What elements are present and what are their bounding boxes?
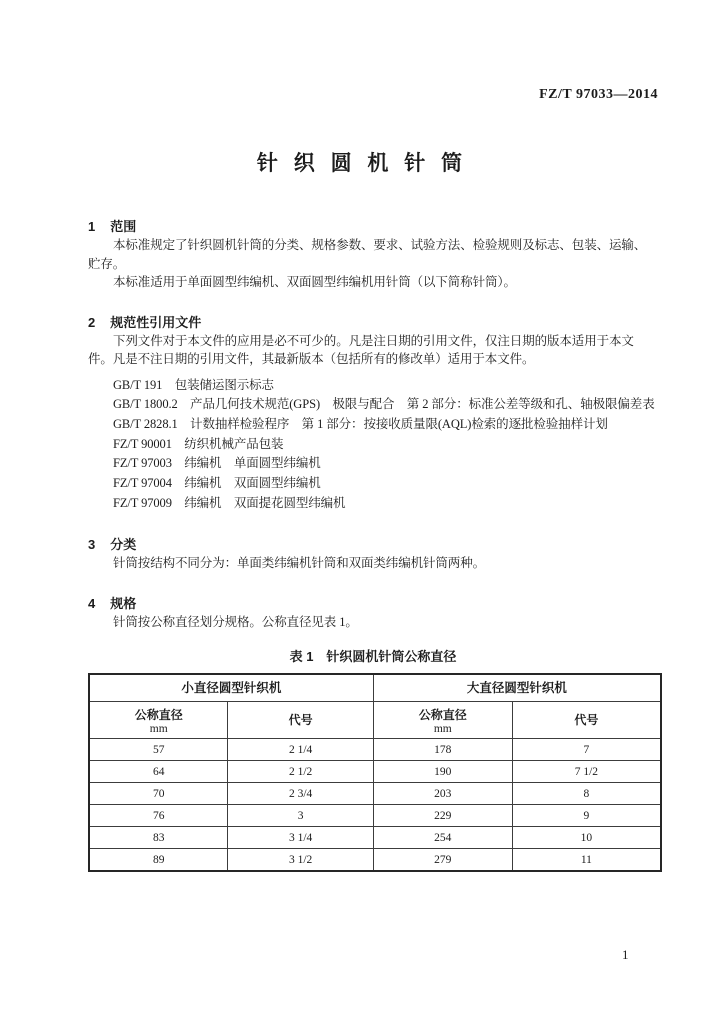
table-row: 70 2 3/4 203 8 — [89, 783, 661, 805]
section-3-label: 分类 — [110, 537, 136, 552]
group-header-large-diameter: 大直径圆型针织机 — [373, 674, 661, 702]
table-cell: 2 1/4 — [228, 739, 373, 761]
table-cell: 9 — [512, 805, 661, 827]
column-header-code: 代号 — [512, 702, 661, 739]
section-4-paragraph-1: 针筒按公称直径划分规格。公称直径见表 1。 — [88, 613, 658, 632]
table-cell: 3 — [228, 805, 373, 827]
standard-document-page: FZ/T 97033—2014 针 织 圆 机 针 筒 1范围 本标准规定了针织… — [0, 0, 724, 1024]
table-cell: 203 — [373, 783, 512, 805]
column-header-code: 代号 — [228, 702, 373, 739]
table-row: 76 3 229 9 — [89, 805, 661, 827]
page-number: 1 — [622, 947, 629, 963]
document-body: 1范围 本标准规定了针织圆机针筒的分类、规格参数、要求、试验方法、检验规则及标志… — [88, 214, 658, 872]
section-4-label: 规格 — [110, 596, 136, 611]
reference-item: GB/T 191 包装储运图示标志 — [88, 376, 658, 396]
reference-item: GB/T 2828.1 计数抽样检验程序 第 1 部分：按接收质量限(AQL)检… — [88, 415, 658, 435]
column-header-diameter: 公称直径 mm — [373, 702, 512, 739]
reference-item: GB/T 1800.2 产品几何技术规范(GPS) 极限与配合 第 2 部分：标… — [88, 395, 658, 415]
section-2-label: 规范性引用文件 — [110, 315, 201, 330]
table-cell: 3 1/4 — [228, 827, 373, 849]
section-1-number: 1 — [88, 219, 95, 234]
standard-number: FZ/T 97033—2014 — [539, 87, 658, 103]
reference-item: FZ/T 97004 纬编机 双面圆型纬编机 — [88, 474, 658, 494]
table-row: 83 3 1/4 254 10 — [89, 827, 661, 849]
section-3-paragraph-1: 针筒按结构不同分为：单面类纬编机针筒和双面类纬编机针筒两种。 — [88, 554, 658, 573]
table-cell: 83 — [89, 827, 228, 849]
reference-item: FZ/T 90001 纺织机械产品包装 — [88, 435, 658, 455]
table-cell: 10 — [512, 827, 661, 849]
section-1-label: 范围 — [110, 219, 136, 234]
table-cell: 190 — [373, 761, 512, 783]
table-cell: 229 — [373, 805, 512, 827]
table-row: 89 3 1/2 279 11 — [89, 849, 661, 872]
table-cell: 89 — [89, 849, 228, 872]
table-cell: 254 — [373, 827, 512, 849]
table-row: 57 2 1/4 178 7 — [89, 739, 661, 761]
table-group-header-row: 小直径圆型针织机 大直径圆型针织机 — [89, 674, 661, 702]
section-3-heading: 3分类 — [88, 535, 658, 554]
section-2-number: 2 — [88, 315, 95, 330]
column-header-diameter: 公称直径 mm — [89, 702, 228, 739]
table-row: 64 2 1/2 190 7 1/2 — [89, 761, 661, 783]
table-1-nominal-diameters: 小直径圆型针织机 大直径圆型针织机 公称直径 mm 代号 公称直径 mm 代号 — [88, 673, 662, 872]
group-header-small-diameter: 小直径圆型针织机 — [89, 674, 373, 702]
column-header-diameter-unit: mm — [374, 723, 512, 736]
table-cell: 178 — [373, 739, 512, 761]
normative-references-list: GB/T 191 包装储运图示标志 GB/T 1800.2 产品几何技术规范(G… — [88, 376, 658, 514]
table-cell: 70 — [89, 783, 228, 805]
section-4-number: 4 — [88, 596, 95, 611]
column-header-diameter-label: 公称直径 — [374, 707, 512, 723]
reference-item: FZ/T 97003 纬编机 单面圆型纬编机 — [88, 454, 658, 474]
table-cell: 2 1/2 — [228, 761, 373, 783]
table-cell: 8 — [512, 783, 661, 805]
section-2-paragraph-1: 下列文件对于本文件的应用是必不可少的。凡是注日期的引用文件，仅注日期的版本适用于… — [88, 332, 658, 369]
table-cell: 11 — [512, 849, 661, 872]
table-cell: 2 3/4 — [228, 783, 373, 805]
table-cell: 7 1/2 — [512, 761, 661, 783]
table-cell: 64 — [89, 761, 228, 783]
column-header-diameter-unit: mm — [90, 723, 227, 736]
section-3-number: 3 — [88, 537, 95, 552]
table-cell: 3 1/2 — [228, 849, 373, 872]
column-header-diameter-label: 公称直径 — [90, 707, 227, 723]
section-1-paragraph-2: 本标准适用于单面圆型纬编机、双面圆型纬编机用针筒（以下简称针筒）。 — [88, 273, 658, 292]
section-1-heading: 1范围 — [88, 217, 658, 236]
table-cell: 7 — [512, 739, 661, 761]
section-2-heading: 2规范性引用文件 — [88, 313, 658, 332]
document-title: 针 织 圆 机 针 筒 — [0, 147, 724, 177]
table-cell: 57 — [89, 739, 228, 761]
table-1-caption: 表 1 针织圆机针筒公称直径 — [88, 647, 658, 666]
reference-item: FZ/T 97009 纬编机 双面提花圆型纬编机 — [88, 494, 658, 514]
table-column-header-row: 公称直径 mm 代号 公称直径 mm 代号 — [89, 702, 661, 739]
section-4-heading: 4规格 — [88, 594, 658, 613]
section-1-paragraph-1: 本标准规定了针织圆机针筒的分类、规格参数、要求、试验方法、检验规则及标志、包装、… — [88, 236, 658, 273]
table-cell: 76 — [89, 805, 228, 827]
table-cell: 279 — [373, 849, 512, 872]
